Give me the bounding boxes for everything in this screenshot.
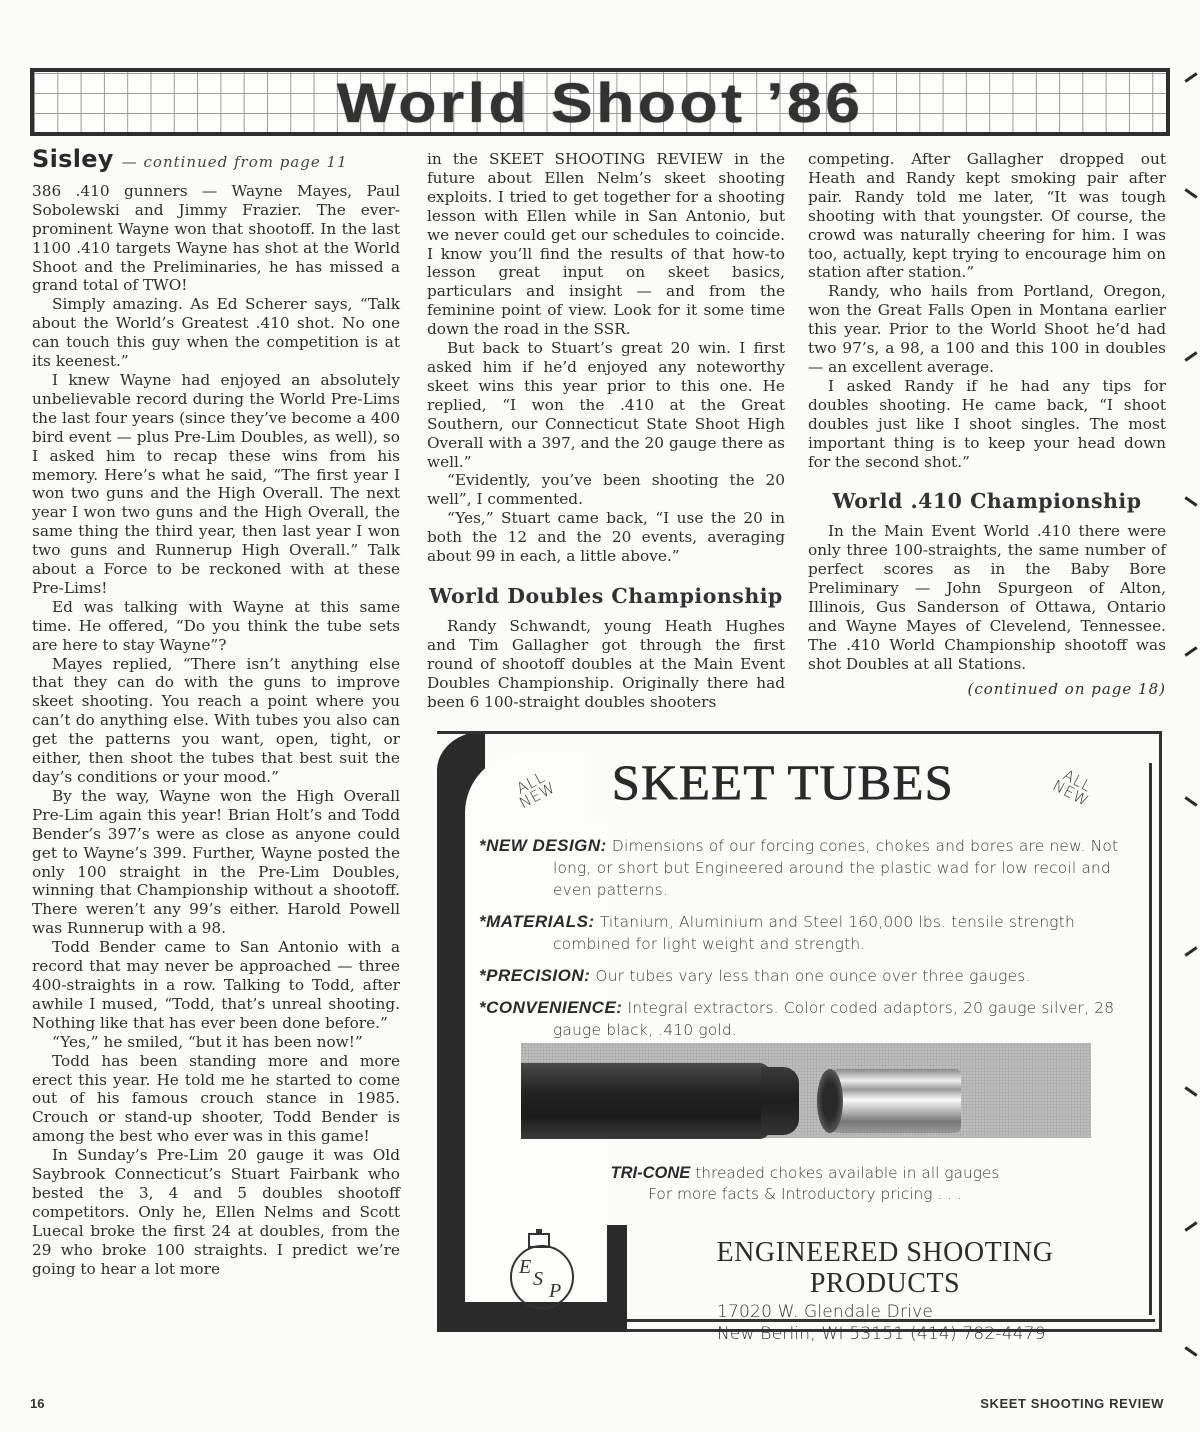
skeet-tubes-advertisement: ALL NEW SKEET TUBES ALL NEW *NEW DESIGN:… [437, 731, 1162, 1332]
feature-text: Dimensions of our forcing cones, chokes … [553, 837, 1118, 899]
edge-mark [1184, 188, 1197, 198]
company-name: ENGINEERED SHOOTING PRODUCTS [665, 1237, 1105, 1299]
paragraph: competing. After Gallagher dropped out H… [808, 150, 1166, 282]
feature-text: Our tubes vary less than one ounce over … [590, 967, 1030, 985]
barrel-image [521, 1063, 771, 1139]
masthead-banner: World Shoot ’86 [30, 68, 1170, 136]
address-street: 17020 W. Glendale Drive [717, 1301, 1046, 1323]
barrel-muzzle-image [761, 1067, 799, 1135]
feature-convenience: *CONVENIENCE: Integral extractors. Color… [479, 997, 1134, 1041]
page-number: 16 [30, 1396, 44, 1411]
kicker-name: Sisley [32, 150, 114, 169]
feature-materials: *MATERIALS: Titanium, Aluminium and Stee… [479, 911, 1134, 955]
article-kicker: Sisley — continued from page 11 [32, 150, 400, 172]
edge-mark [1184, 1086, 1197, 1096]
kicker-continued-from: — continued from page 11 [122, 153, 348, 172]
logo-letter-p: P [548, 1280, 561, 1302]
feature-precision: *PRECISION: Our tubes vary less than one… [479, 965, 1134, 987]
paragraph: But back to Stuart’s great 20 win. I fir… [427, 339, 785, 471]
article-column-2: in the SKEET SHOOTING REVIEW in the futu… [427, 150, 785, 711]
company-name-line: PRODUCTS [665, 1268, 1105, 1299]
ad-feature-list: *NEW DESIGN: Dimensions of our forcing c… [479, 835, 1134, 1051]
logo-letter-s: S [533, 1268, 543, 1290]
paragraph: I asked Randy if he had any tips for dou… [808, 377, 1166, 472]
edge-mark [1184, 496, 1197, 506]
company-name-line: ENGINEERED SHOOTING [665, 1237, 1105, 1268]
masthead-title: World Shoot ’86 [337, 75, 864, 131]
article-column-1: Sisley — continued from page 11 386 .410… [32, 150, 400, 1278]
ad-frame-inner-right [1149, 763, 1152, 1315]
edge-mark [1184, 796, 1197, 806]
article-column-3: competing. After Gallagher dropped out H… [808, 150, 1166, 699]
feature-label: *NEW DESIGN: [479, 836, 607, 855]
paragraph: Todd has been standing more and more ere… [32, 1052, 400, 1147]
paragraph: in the SKEET SHOOTING REVIEW in the futu… [427, 150, 785, 339]
paragraph: Randy Schwandt, young Heath Hughes and T… [427, 617, 785, 712]
paragraph: 386 .410 gunners — Wayne Mayes, Paul Sob… [32, 182, 400, 295]
paragraph: In Sunday’s Pre-Lim 20 gauge it was Old … [32, 1146, 400, 1278]
subhead-world-doubles: World Doubles Championship [427, 584, 785, 608]
edge-mark [1184, 1221, 1197, 1231]
paragraph: “Yes,” he smiled, “but it has been now!” [32, 1033, 400, 1052]
tube-insert-end-image [817, 1069, 843, 1133]
feature-label: *MATERIALS: [479, 912, 595, 931]
paragraph: “Yes,” Stuart came back, “I use the 20 i… [427, 509, 785, 566]
continued-on-note: (continued on page 18) [808, 680, 1166, 699]
edge-mark [1184, 72, 1197, 82]
paragraph: Todd Bender came to San Antonio with a r… [32, 938, 400, 1033]
feature-new-design: *NEW DESIGN: Dimensions of our forcing c… [479, 835, 1134, 901]
all-new-badge-right: ALL NEW [1051, 766, 1098, 809]
feature-label: *CONVENIENCE: [479, 998, 622, 1017]
tricone-label: TRI-CONE [611, 1164, 691, 1182]
tricone-text: threaded chokes available in all gauges [690, 1164, 999, 1182]
paragraph: “Evidently, you’ve been shooting the 20 … [427, 471, 785, 509]
paragraph: In the Main Event World .410 there were … [808, 522, 1166, 673]
paragraph: Simply amazing. As Ed Scherer says, “Tal… [32, 295, 400, 371]
subhead-world-410: World .410 Championship [808, 489, 1166, 513]
feature-label: *PRECISION: [479, 966, 590, 985]
tricone-note: TRI-CONE threaded chokes available in al… [465, 1163, 1145, 1205]
feature-text: Titanium, Aluminium and Steel 160,000 lb… [553, 913, 1075, 953]
ad-content: ALL NEW SKEET TUBES ALL NEW *NEW DESIGN:… [465, 731, 1145, 1332]
paragraph: Ed was talking with Wayne at this same t… [32, 598, 400, 655]
feature-text: Integral extractors. Color coded adaptor… [553, 999, 1114, 1039]
paragraph: Mayes replied, “There isn’t anything els… [32, 655, 400, 787]
publication-name: SKEET SHOOTING REVIEW [980, 1396, 1164, 1411]
ad-headline: SKEET TUBES [612, 753, 954, 811]
address-city-phone: New Berlin, WI 53151 (414) 782-4479 [717, 1323, 1046, 1345]
edge-mark [1184, 646, 1197, 656]
company-address: 17020 W. Glendale Drive New Berlin, WI 5… [717, 1301, 1046, 1345]
edge-mark [1184, 351, 1197, 361]
skeet-tube-photo [521, 1043, 1091, 1138]
paragraph: Randy, who hails from Portland, Oregon, … [808, 282, 1166, 377]
pricing-line: For more facts & Introductory pricing . … [465, 1184, 1145, 1205]
logo-letter-e: E [518, 1256, 531, 1278]
edge-mark [1184, 1346, 1197, 1356]
paragraph: I knew Wayne had enjoyed an absolutely u… [32, 371, 400, 598]
all-new-badge-left: ALL NEW [511, 768, 558, 811]
esp-logo-icon: E S P [509, 1227, 579, 1313]
edge-mark [1184, 946, 1197, 956]
paragraph: By the way, Wayne won the High Overall P… [32, 787, 400, 938]
